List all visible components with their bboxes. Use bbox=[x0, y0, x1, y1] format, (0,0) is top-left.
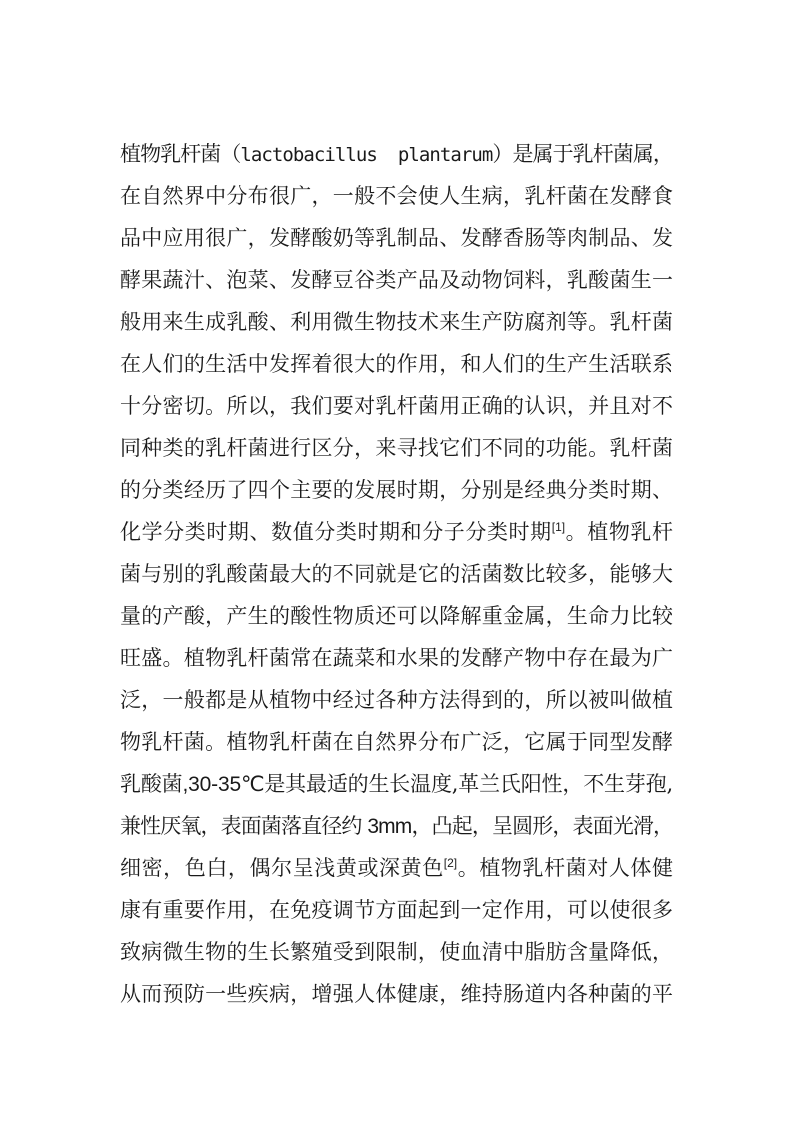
text-line-16: 乳酸菌,30-35℃是其最适的生长温度,革兰氏阳性，不生芽孢, bbox=[120, 763, 673, 805]
text-line-4: 酵果蔬汁、泡菜、发酵豆谷类产品及动物饲料，乳酸菌生一 bbox=[120, 259, 673, 301]
citation-2[interactable]: [2] bbox=[444, 856, 457, 870]
text-line-17: 兼性厌氧，表面菌落直径约 3mm，凸起，呈圆形，表面光滑， bbox=[120, 805, 673, 847]
document-page: 植物乳杆菌（lactobacillus plantarum）是属于乳杆菌属， 在… bbox=[0, 0, 793, 1122]
text-line-8: 同种类的乳杆菌进行区分，来寻找它们不同的功能。乳杆菌 bbox=[120, 427, 673, 469]
text-line-1: 植物乳杆菌（lactobacillus plantarum）是属于乳杆菌属， bbox=[120, 133, 673, 175]
text-line-21: 从而预防一些疾病，增强人体健康，维持肠道内各种菌的平 bbox=[120, 973, 673, 1015]
text-line-2: 在自然界中分布很广，一般不会使人生病，乳杆菌在发酵食 bbox=[120, 175, 673, 217]
text-line-5: 般用来生成乳酸、利用微生物技术来生产防腐剂等。乳杆菌 bbox=[120, 301, 673, 343]
text-line-20: 致病微生物的生长繁殖受到限制，使血清中脂肪含量降低， bbox=[120, 931, 673, 973]
text-line-3: 品中应用很广，发酵酸奶等乳制品、发酵香肠等肉制品、发 bbox=[120, 217, 673, 259]
text-line-18: 细密，色白，偶尔呈浅黄或深黄色[2]。植物乳杆菌对人体健 bbox=[120, 847, 673, 889]
text-line-12: 量的产酸，产生的酸性物质还可以降解重金属，生命力比较 bbox=[120, 595, 673, 637]
citation-1[interactable]: [1] bbox=[552, 520, 565, 534]
text-line-10: 化学分类时期、数值分类时期和分子分类时期[1]。植物乳杆 bbox=[120, 511, 673, 553]
text-line-13: 旺盛。植物乳杆菌常在蔬菜和水果的发酵产物中存在最为广 bbox=[120, 637, 673, 679]
temperature-value: ,30-35℃ bbox=[182, 773, 264, 796]
text-line-7: 十分密切。所以，我们要对乳杆菌用正确的认识，并且对不 bbox=[120, 385, 673, 427]
text-line-11: 菌与别的乳酸菌最大的不同就是它的活菌数比较多，能够大 bbox=[120, 553, 673, 595]
text-line-9: 的分类经历了四个主要的发展时期，分别是经典分类时期、 bbox=[120, 469, 673, 511]
text-line-14: 泛，一般都是从植物中经过各种方法得到的，所以被叫做植 bbox=[120, 679, 673, 721]
body-paragraph: 植物乳杆菌（lactobacillus plantarum）是属于乳杆菌属， 在… bbox=[120, 133, 673, 1015]
text-line-19: 康有重要作用，在免疫调节方面起到一定作用，可以使很多 bbox=[120, 889, 673, 931]
latin-species-name: lactobacillus plantarum bbox=[240, 144, 492, 166]
diameter-value: 3mm bbox=[367, 815, 411, 838]
text-line-6: 在人们的生活中发挥着很大的作用，和人们的生产生活联系 bbox=[120, 343, 673, 385]
text-line-15: 物乳杆菌。植物乳杆菌在自然界分布广泛，它属于同型发酵 bbox=[120, 721, 673, 763]
